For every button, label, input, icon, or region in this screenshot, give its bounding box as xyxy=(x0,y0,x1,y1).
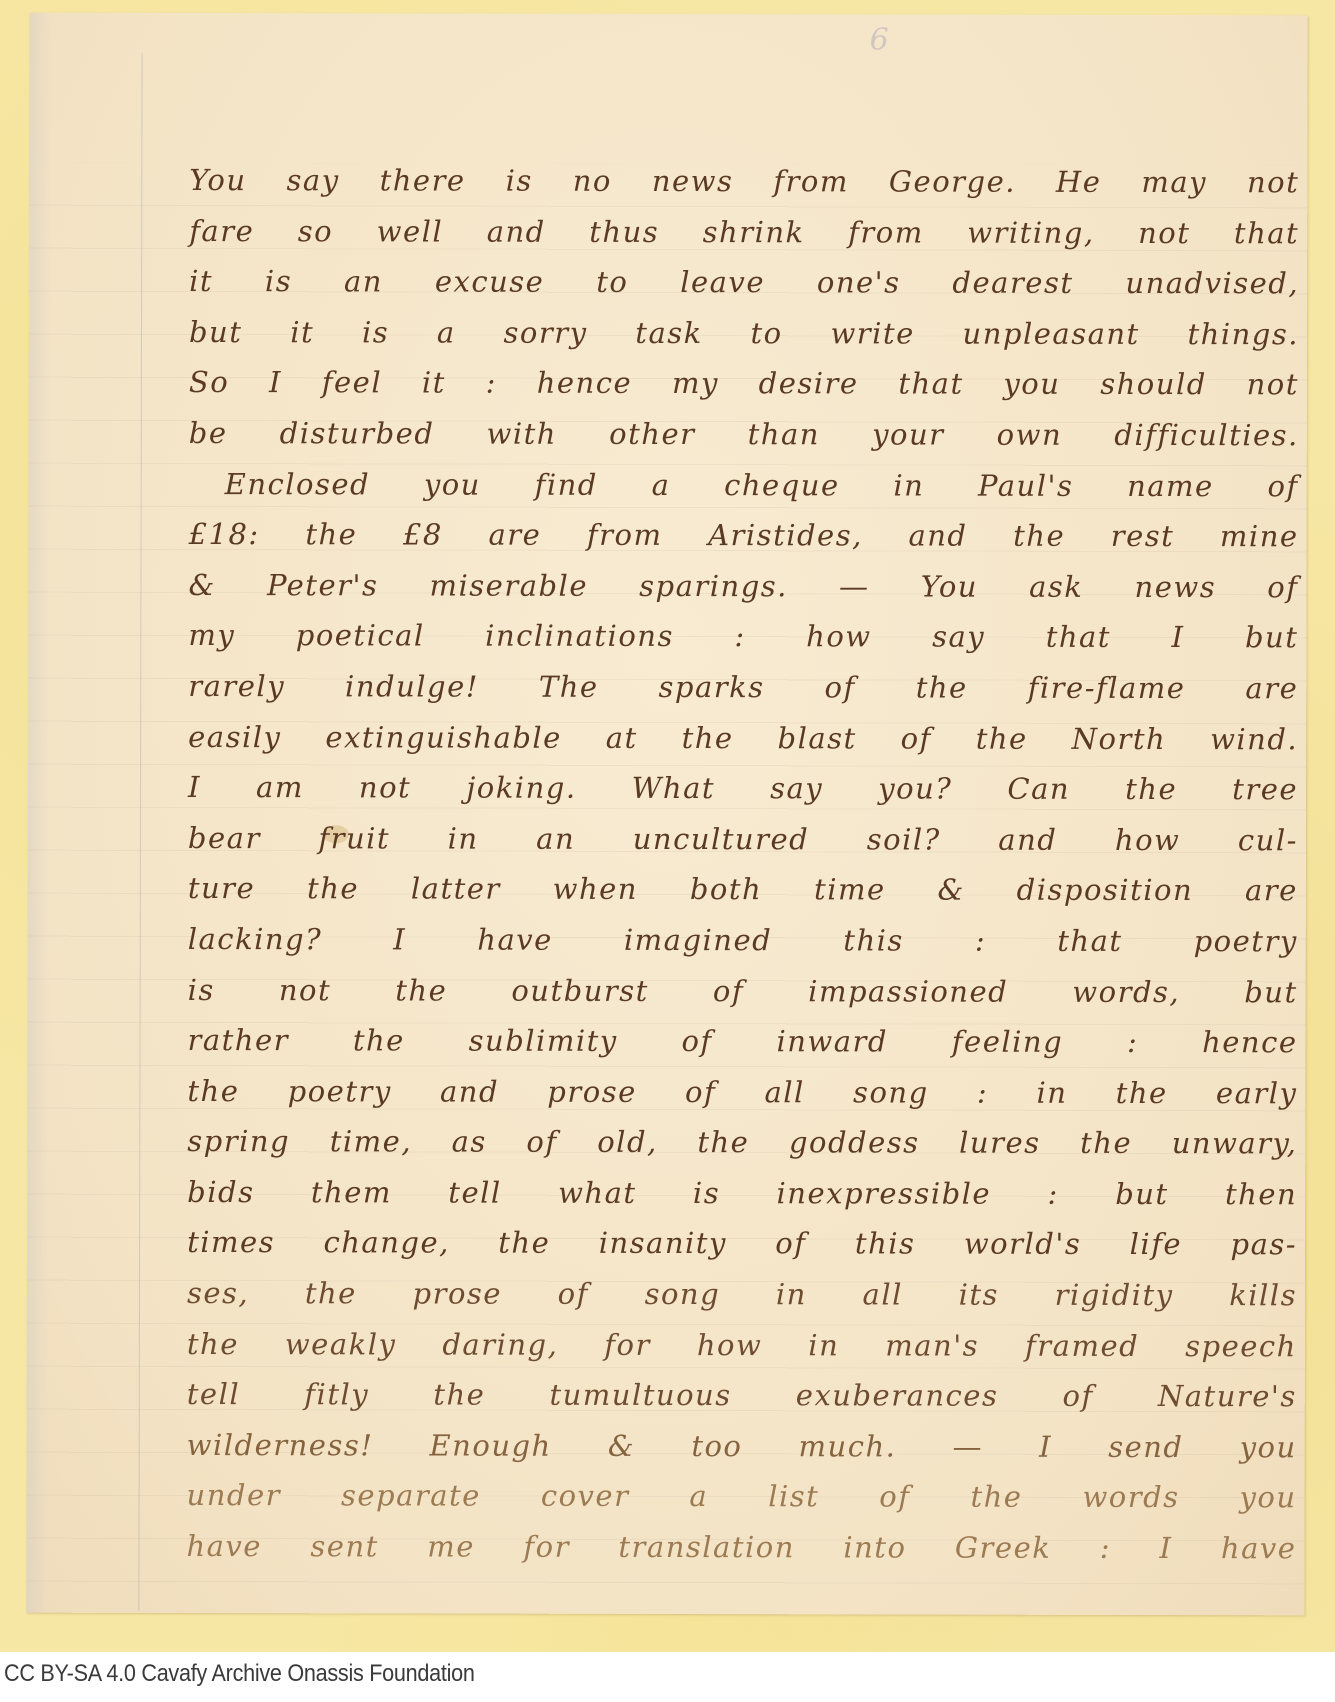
letter-sheet: 6 You say there is no news from George. … xyxy=(26,13,1307,1616)
letter-line: my poetical inclinations : how say that … xyxy=(188,610,1298,663)
letter-line: the weakly daring, for how in man's fram… xyxy=(187,1319,1297,1372)
letter-line: Enclosed you find a cheque in Paul's nam… xyxy=(189,459,1299,512)
letter-line: bear fruit in an uncultured soil? and ho… xyxy=(188,813,1298,866)
page-number-mark: 6 xyxy=(870,22,889,57)
letter-line: ses, the prose of song in all its rigidi… xyxy=(187,1268,1297,1321)
letter-line: spring time, as of old, the goddess lure… xyxy=(187,1116,1297,1169)
letter-line: is not the outburst of impassioned words… xyxy=(188,964,1298,1017)
letter-line: rarely indulge! The sparks of the fire-f… xyxy=(188,661,1298,714)
letter-line: & Peter's miserable sparings. — You ask … xyxy=(188,560,1298,613)
letter-line: wilderness! Enough & too much. — I send … xyxy=(187,1420,1297,1473)
letter-line: bids them tell what is inexpressible : b… xyxy=(187,1167,1297,1220)
letter-line: the poetry and prose of all song : in th… xyxy=(187,1066,1297,1119)
scanned-document: 6 You say there is no news from George. … xyxy=(0,0,1335,1652)
letter-line: easily extinguishable at the blast of th… xyxy=(188,712,1298,765)
letter-line: be disturbed with other than your own di… xyxy=(189,408,1299,461)
letter-line: ture the latter when both time & disposi… xyxy=(188,863,1298,916)
letter-line: it is an excuse to leave one's dearest u… xyxy=(189,256,1299,309)
letter-line: but it is a sorry task to write unpleasa… xyxy=(189,307,1299,360)
letter-line: under separate cover a list of the words… xyxy=(187,1470,1297,1523)
license-caption: CC BY-SA 4.0 Cavafy Archive Onassis Foun… xyxy=(4,1660,475,1688)
letter-line: rather the sublimity of inward feeling :… xyxy=(187,1015,1297,1068)
letter-line: You say there is no news from George. He… xyxy=(189,155,1299,208)
letter-line: tell fitly the tumultuous exuberances of… xyxy=(187,1369,1297,1422)
letter-line: lacking? I have imagined this : that poe… xyxy=(188,914,1298,967)
letter-body: You say there is no news from George. He… xyxy=(186,155,1299,1574)
letter-line: have sent me for translation into Greek … xyxy=(186,1521,1296,1574)
letter-line: I am not joking. What say you? Can the t… xyxy=(188,762,1298,815)
letter-line: £18: the £8 are from Aristides, and the … xyxy=(189,509,1299,562)
letter-line: So I feel it : hence my desire that you … xyxy=(189,357,1299,410)
letter-line: times change, the insanity of this world… xyxy=(187,1217,1297,1270)
letter-line: fare so well and thus shrink from writin… xyxy=(189,206,1299,259)
